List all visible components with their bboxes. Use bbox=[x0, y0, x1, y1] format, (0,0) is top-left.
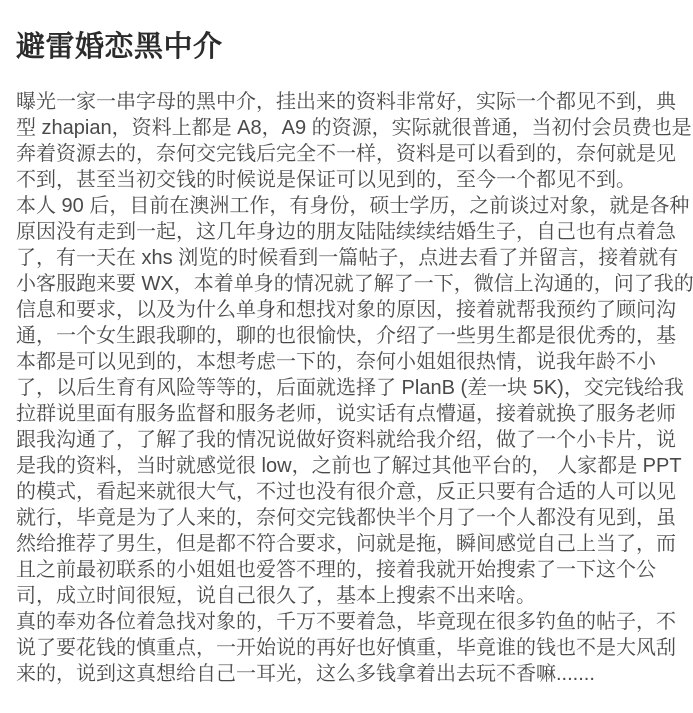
text-line: 型 zhapian，资料上都是 A8，A9 的资源，实际就很普通，当初付会员费也… bbox=[16, 115, 677, 141]
text-line: 通，一个女生跟我聊的，聊的也很愉快，介绍了一些男生都是很优秀的，基 bbox=[16, 323, 677, 349]
text-line: 且之前最初联系的小姐姐也爱答不理的，接着我就开始搜索了一下这个公 bbox=[16, 557, 677, 583]
paragraph: 曝光一家一串字母的黑中介，挂出来的资料非常好，实际一个都见不到，典 型 zhap… bbox=[16, 89, 677, 193]
text-line: 原因没有走到一起，这几年身边的朋友陆陆续续结婚生子，自己也有点着急 bbox=[16, 219, 677, 245]
text-line: 了，以后生育有风险等等的，后面就选择了 PlanB (差一块 5K)，交完钱给我 bbox=[16, 375, 677, 401]
text-line: 奔着资源去的，奈何交完钱后完全不一样，资料是可以看到的，奈何就是见 bbox=[16, 141, 677, 167]
paragraph: 本人 90 后，目前在澳洲工作，有身份，硕士学历，之前谈过对象，就是各种 原因没… bbox=[16, 193, 677, 609]
post-body: 曝光一家一串字母的黑中介，挂出来的资料非常好，实际一个都见不到，典 型 zhap… bbox=[16, 89, 677, 687]
text-line: 然给推荐了男生，但是都不符合要求，问就是拖，瞬间感觉自己上当了，而 bbox=[16, 531, 677, 557]
text-line: 本都是可以见到的，本想考虑一下的，奈何小姐姐很热情，说我年龄不小 bbox=[16, 349, 677, 375]
text-line: 跟我沟通了，了解了我的情况说做好资料就给我介绍，做了一个小卡片，说 bbox=[16, 427, 677, 453]
text-line: 的模式，看起来就很大气，不过也没有很介意，反正只要有合适的人可以见 bbox=[16, 479, 677, 505]
text-line: 信息和要求，以及为什么单身和想找对象的原因，接着就帮我预约了顾问沟 bbox=[16, 297, 677, 323]
post-content: 避雷婚恋黑中介 曝光一家一串字母的黑中介，挂出来的资料非常好，实际一个都见不到，… bbox=[0, 0, 693, 687]
text-line: 真的奉劝各位着急找对象的，千万不要着急，毕竟现在很多钓鱼的帖子，不 bbox=[16, 609, 677, 635]
text-line: 拉群说里面有服务监督和服务老师，说实话有点懵逼，接着就换了服务老师 bbox=[16, 401, 677, 427]
text-line: 司，成立时间很短，说自己很久了，基本上搜索不出来啥。 bbox=[16, 583, 677, 609]
text-line: 说了要花钱的慎重点，一开始说的再好也好慎重，毕竟谁的钱也不是大风刮 bbox=[16, 635, 677, 661]
text-line: 就行，毕竟是为了人来的，奈何交完钱都快半个月了一个人都没有见到，虽 bbox=[16, 505, 677, 531]
post-title: 避雷婚恋黑中介 bbox=[16, 26, 677, 68]
text-line: 是我的资料，当时就感觉很 low，之前也了解过其他平台的， 人家都是 PPT bbox=[16, 453, 677, 479]
text-line: 了，有一天在 xhs 浏览的时候看到一篇帖子，点进去看了并留言，接着就有 bbox=[16, 245, 677, 271]
text-line: 不到，甚至当初交钱的时候说是保证可以见到的，至今一个都见不到。 bbox=[16, 167, 677, 193]
paragraph: 真的奉劝各位着急找对象的，千万不要着急，毕竟现在很多钓鱼的帖子，不 说了要花钱的… bbox=[16, 609, 677, 687]
text-line: 小客服跑来要 WX，本着单身的情况就了解了一下，微信上沟通的，问了我的 bbox=[16, 271, 677, 297]
text-line: 本人 90 后，目前在澳洲工作，有身份，硕士学历，之前谈过对象，就是各种 bbox=[16, 193, 677, 219]
text-line: 来的，说到这真想给自己一耳光，这么多钱拿着出去玩不香嘛....... bbox=[16, 661, 677, 687]
text-line: 曝光一家一串字母的黑中介，挂出来的资料非常好，实际一个都见不到，典 bbox=[16, 89, 677, 115]
